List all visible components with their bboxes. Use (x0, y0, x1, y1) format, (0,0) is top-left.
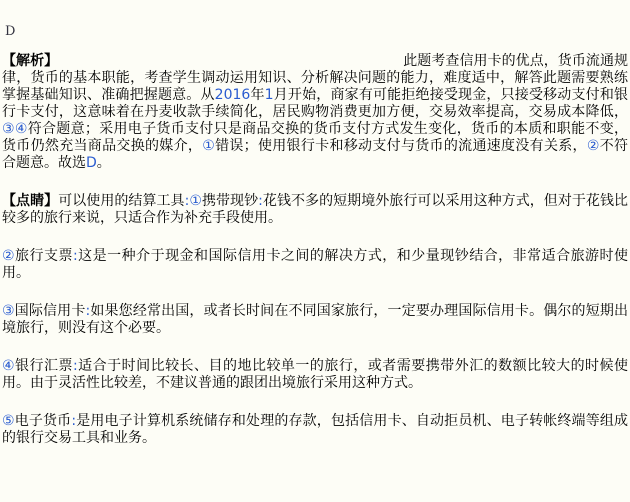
tips-text-2: ②旅行支票:这是一种介于现金和国际信用卡之间的解决方式，和少量现钞结合，非常适合… (2, 248, 628, 281)
page: { "colors": { "text": "#000000", "blue":… (0, 0, 630, 502)
tips-paragraph-2: ②旅行支票:这是一种介于现金和国际信用卡之间的解决方式，和少量现钞结合，非常适合… (2, 248, 628, 282)
tips-label: 【点睛】 (2, 193, 58, 209)
analysis-paragraph: 【解析】此题考查信用卡的优点，货币流通规律，货币的基本职能，考查学生调动运用知识… (2, 53, 628, 172)
tips-text-3: ③国际信用卡:如果您经常出国，或者长时间在不同国家旅行，一定要办理国际信用卡。偶… (2, 303, 628, 336)
analysis-label: 【解析】 (2, 53, 58, 69)
tips-text-5: ⑤电子货币:是用电子计算机系统储存和处理的存款，包括信用卡、自动拒员机、电子转帐… (2, 413, 628, 446)
tips-paragraph-4: ④银行汇票:适合于时间比较长、目的地比较单一的旅行，或者需要携带外汇的数额比较大… (2, 358, 628, 392)
analysis-text: 此题考查信用卡的优点，货币流通规律，货币的基本职能，考查学生调动运用知识、分析解… (2, 53, 628, 171)
tips-paragraph-3: ③国际信用卡:如果您经常出国，或者长时间在不同国家旅行，一定要办理国际信用卡。偶… (2, 303, 628, 337)
tips-paragraph-5: ⑤电子货币:是用电子计算机系统储存和处理的存款，包括信用卡、自动拒员机、电子转帐… (2, 413, 628, 447)
analysis-gap (58, 64, 403, 65)
answer-letter: D (5, 24, 628, 39)
tips-text-1: 可以使用的结算工具:①携带现钞:花钱不多的短期境外旅行可以采用这种方式，但对于花… (2, 193, 628, 226)
document-body: D 【解析】此题考查信用卡的优点，货币流通规律，货币的基本职能，考查学生调动运用… (0, 24, 630, 447)
tips-text-4: ④银行汇票:适合于时间比较长、目的地比较单一的旅行，或者需要携带外汇的数额比较大… (2, 358, 628, 391)
tips-paragraph-1: 【点睛】可以使用的结算工具:①携带现钞:花钱不多的短期境外旅行可以采用这种方式，… (2, 193, 628, 227)
